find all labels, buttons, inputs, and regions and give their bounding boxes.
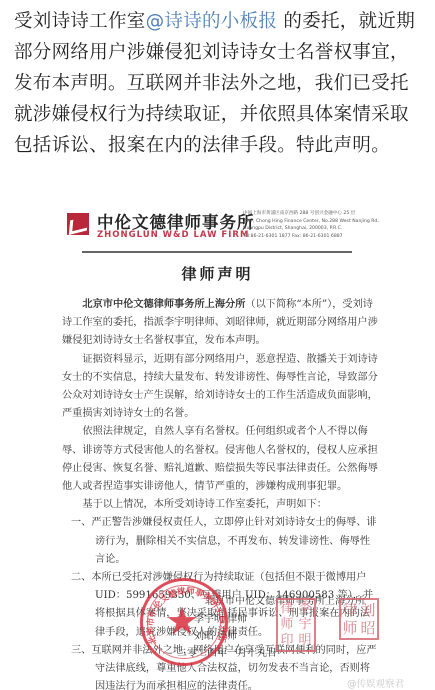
seal-char: 刘 (359, 601, 377, 619)
seal-char: 李 (296, 601, 314, 617)
paragraph: 北京市中伦文德律师事务所上海分所（以下简称“本所”），受刘诗诗工作室的委托，指派… (62, 295, 378, 351)
svg-text:北京市中伦文德律师事务所上海分所: 北京市中伦文德律师事务所上海分所 (145, 585, 229, 646)
seal-char: 师 (278, 617, 296, 633)
paragraph: 依照法律规定，自然人享有名誉权。任何组织或者个人不得以侮辱、诽谤等方式侵害他人的… (62, 423, 378, 496)
address-line: Tel:86-21-6301 1877 Fax: 86-21-6301 6887 (243, 233, 379, 241)
letterhead: 中伦文德律师事务所 ZHONGLUN W&D LAW FIRM 中国上海市黄浦区… (67, 209, 367, 243)
post-text-before: 受刘诗诗工作室 (14, 11, 146, 32)
letterhead-divider (82, 251, 352, 253)
firm-logo-icon (67, 213, 89, 235)
seal-char: 律 (341, 601, 359, 619)
seal-char: 师 (341, 619, 359, 637)
mention-link[interactable]: @诗诗的小板报 (146, 11, 278, 32)
paragraph-lead: 北京市中伦文德律师事务所上海分所 (82, 298, 245, 310)
lawyer-seal-li: 律李 师宇 印明 (276, 598, 316, 652)
paragraph: 基于以上情况，本所受刘诗诗工作室委托，声明如下： (62, 496, 378, 514)
firm-name-en: ZHONGLUN W&D LAW FIRM (97, 230, 249, 240)
paragraph: 证据资料显示，近期有部分网络用户，恶意捏造、散播关于刘诗诗女士的不实信息，持续大… (62, 351, 378, 424)
post-text-after: 的委托，就近期部分网络用户涉嫌侵犯刘诗诗女士名誉权事宜，发布本声明。互联网并非法… (14, 11, 415, 156)
weibo-watermark: @传娱观察君 (347, 676, 404, 690)
document-title: 律师声明 (0, 263, 435, 284)
seal-char: 律 (278, 601, 296, 617)
seal-char: 印 (278, 633, 296, 649)
seal-char: 昭 (359, 619, 377, 637)
seal-char: 明 (296, 633, 314, 649)
address-line: 25/F, Chong Hing Finance Center, No.288 … (243, 218, 379, 226)
firm-address: 中国上海市黄浦区南京西路 288 号创兴金融中心 25 层 25/F, Chon… (243, 210, 379, 240)
seal-char: 宇 (296, 617, 314, 633)
statement-item: 一、严正警告涉嫌侵权责任人，立即停止针对刘诗诗女士的侮辱、诽谤行为，删除相关不实… (62, 514, 378, 569)
lawyer-seal-liu: 律刘 师昭 (339, 598, 379, 640)
address-line: Huangpu District, Shanghai, 200003, P.R.… (243, 225, 379, 233)
post-text: 受刘诗诗工作室@诗诗的小板报 的委托，就近期部分网络用户涉嫌侵犯刘诗诗女士名誉权… (14, 6, 424, 161)
round-seal-icon: ★ 北京市中伦文德律师事务所上海分所 (140, 578, 228, 666)
seal-ring-text: 北京市中伦文德律师事务所上海分所 (143, 581, 231, 669)
address-line: 中国上海市黄浦区南京西路 288 号创兴金融中心 25 层 (243, 210, 379, 218)
